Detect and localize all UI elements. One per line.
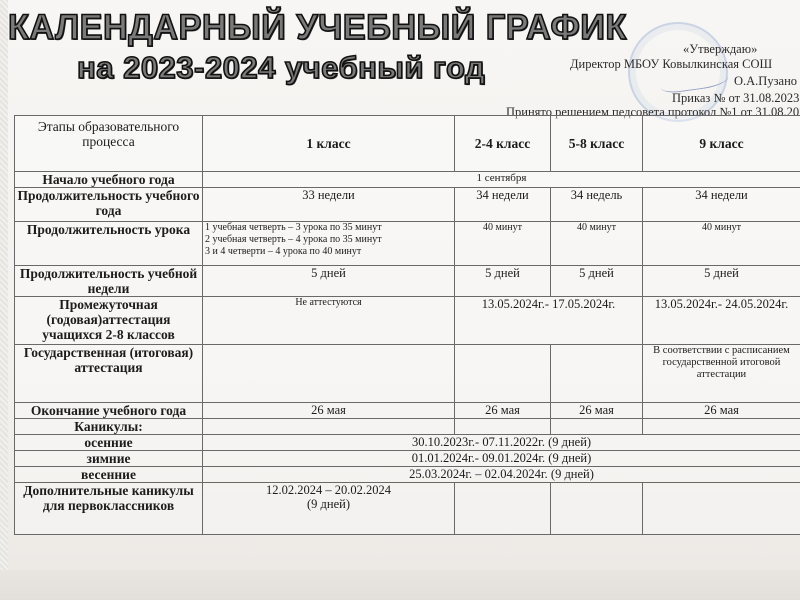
approval-signature-name: О.А.Пузано [734,74,797,89]
state-exam-grade-5-8 [551,345,643,403]
extra-holidays-empty [643,483,800,535]
state-exam-grade-1 [203,345,455,403]
spring-holidays: 25.03.2024г. – 02.04.2024г. (9 дней) [203,467,800,483]
end-grade-1: 26 мая [203,403,455,419]
lesson-length-grade-2-4: 40 минут [455,222,551,266]
schedule-table: Этапы образовательного процесса 1 класс … [14,115,800,535]
state-exam-grade-9: В соответствии с расписанием государстве… [643,345,800,403]
week-length-grade-5-8: 5 дней [551,266,643,297]
year-length-grade-1: 33 недели [203,188,455,222]
end-grade-5-8: 26 мая [551,403,643,419]
end-grade-9: 26 мая [643,403,800,419]
start-date: 1 сентября [203,172,800,188]
table-header-row: Этапы образовательного процесса 1 класс … [15,116,800,172]
approval-heading: «Утверждаю» [683,42,757,57]
table-row: Промежуточная (годовая)аттестация учащих… [15,297,800,345]
table-row: Каникулы: [15,419,800,435]
row-label-autumn: осенние [15,435,203,451]
table-row: Государственная (итоговая) аттестация В … [15,345,800,403]
header-grade-5-8: 5-8 класс [551,116,643,172]
table-row: Продолжительность урока 1 учебная четвер… [15,222,800,266]
state-exam-grade-2-4 [455,345,551,403]
holidays-empty [643,419,800,435]
extra-holidays-empty [455,483,551,535]
autumn-holidays: 30.10.2023г.- 07.11.2022г. (9 дней) [203,435,800,451]
interim-grade-1: Не аттестуются [203,297,455,345]
year-length-grade-9: 34 недели [643,188,800,222]
table-row: Окончание учебного года 26 мая 26 мая 26… [15,403,800,419]
end-grade-2-4: 26 мая [455,403,551,419]
row-label-spring: весенние [15,467,203,483]
lesson-length-line: 1 учебная четверть – 3 урока по 35 минут [205,222,452,234]
row-label-lesson-length: Продолжительность урока [15,222,203,266]
year-length-grade-5-8: 34 недель [551,188,643,222]
lesson-length-grade-5-8: 40 минут [551,222,643,266]
header-stage: Этапы образовательного процесса [15,116,203,172]
row-label-winter: зимние [15,451,203,467]
lesson-length-grade-9: 40 минут [643,222,800,266]
lesson-length-grade-1: 1 учебная четверть – 3 урока по 35 минут… [203,222,455,266]
row-label-week-length: Продолжительность учебной недели [15,266,203,297]
row-label-end: Окончание учебного года [15,403,203,419]
table-row: Дополнительные каникулы для первоклассни… [15,483,800,535]
extra-holidays-dates: 12.02.2024 – 20.02.2024 [205,483,452,497]
table-row: весенние 25.03.2024г. – 02.04.2024г. (9 … [15,467,800,483]
paper-edge [0,0,8,600]
row-label-state-exam: Государственная (итоговая) аттестация [15,345,203,403]
table-row: Продолжительность учебного года 33 недел… [15,188,800,222]
interim-grade-9: 13.05.2024г.- 24.05.2024г. [643,297,800,345]
row-label-interim: Промежуточная (годовая)аттестация учащих… [15,297,203,345]
extra-holidays-grade-1: 12.02.2024 – 20.02.2024 (9 дней) [203,483,455,535]
table-row: зимние 01.01.2024г.- 09.01.2024г. (9 дне… [15,451,800,467]
row-label-extra-holidays: Дополнительные каникулы для первоклассни… [15,483,203,535]
lesson-length-line: 2 учебная четверть – 4 урока по 35 минут [205,234,452,246]
table-row: Продолжительность учебной недели 5 дней … [15,266,800,297]
header-grade-1: 1 класс [203,116,455,172]
extra-holidays-days: (9 дней) [205,497,452,511]
header-grade-2-4: 2-4 класс [455,116,551,172]
holidays-empty [455,419,551,435]
week-length-grade-1: 5 дней [203,266,455,297]
approval-director: Директор МБОУ Ковылкинская СОШ [570,57,772,72]
week-length-grade-2-4: 5 дней [455,266,551,297]
extra-holidays-empty [551,483,643,535]
row-label-holidays: Каникулы: [15,419,203,435]
year-length-grade-2-4: 34 недели [455,188,551,222]
holidays-empty [551,419,643,435]
interim-grades-2-8: 13.05.2024г.- 17.05.2024г. [455,297,643,345]
lesson-length-line: 3 и 4 четверти – 4 урока по 40 минут [205,246,452,258]
paper-bottom-margin [0,570,800,600]
holidays-empty [203,419,455,435]
document-title: КАЛЕНДАРНЫЙ УЧЕБНЫЙ ГРАФИК [8,8,627,48]
winter-holidays: 01.01.2024г.- 09.01.2024г. (9 дней) [203,451,800,467]
week-length-grade-9: 5 дней [643,266,800,297]
row-label-start: Начало учебного года [15,172,203,188]
row-label-year-length: Продолжительность учебного года [15,188,203,222]
document-subtitle: на 2023-2024 учебный год [77,50,485,86]
approval-order: Приказ № от 31.08.2023 [672,91,799,106]
table-row: осенние 30.10.2023г.- 07.11.2022г. (9 дн… [15,435,800,451]
table-row: Начало учебного года 1 сентября [15,172,800,188]
header-grade-9: 9 класс [643,116,800,172]
